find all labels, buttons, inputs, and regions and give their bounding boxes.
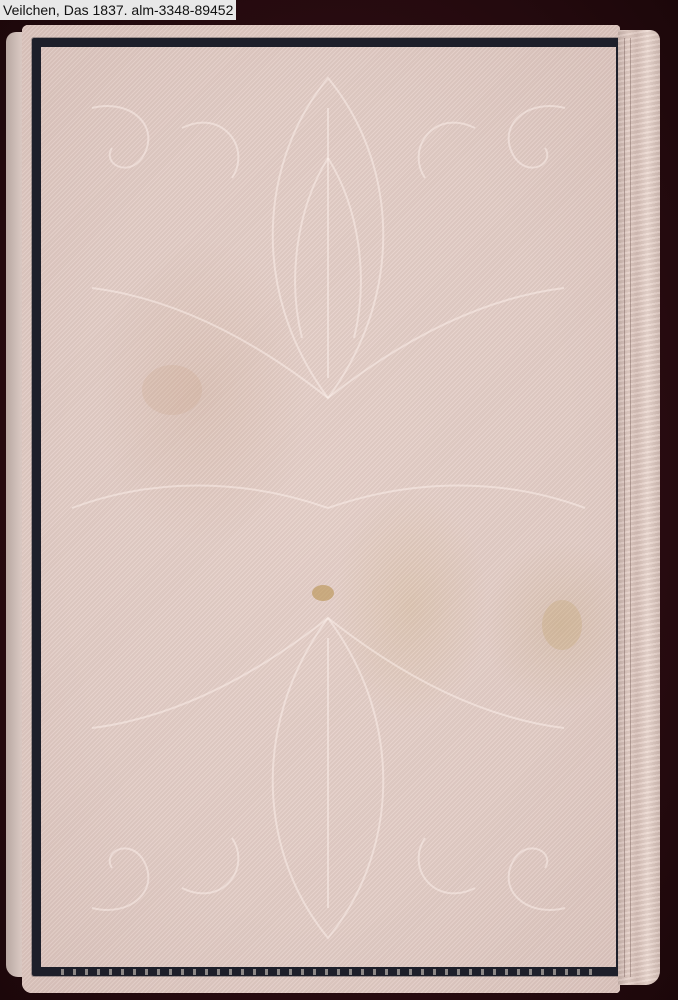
black-border-frame	[32, 38, 625, 976]
spine-groove	[630, 38, 631, 977]
book-spine	[618, 30, 660, 985]
image-caption: Veilchen, Das 1837. alm-3348-89452	[0, 0, 236, 20]
book-back-cover	[22, 25, 620, 993]
spine-groove	[624, 38, 625, 977]
border-dot-pattern	[61, 969, 596, 975]
